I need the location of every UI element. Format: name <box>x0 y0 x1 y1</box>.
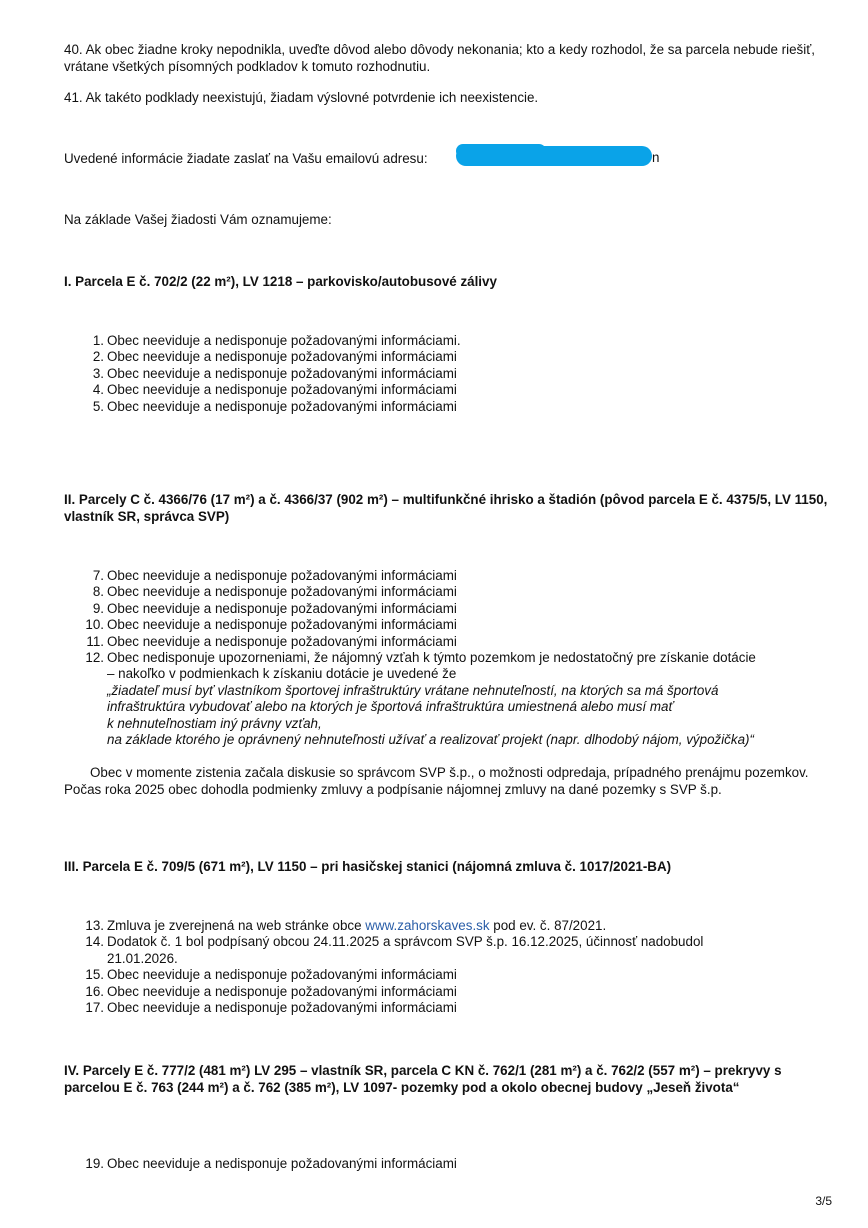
section-heading-4: IV. Parcely E č. 777/2 (481 m²) LV 295 –… <box>64 1062 820 1096</box>
list-item: 16.Obec neeviduje a nedisponuje požadova… <box>80 984 828 1000</box>
list-item: 3.Obec neeviduje a nedisponuje požadovan… <box>80 366 828 382</box>
section-heading-2: II. Parcely C č. 4366/76 (17 m²) a č. 43… <box>64 491 828 525</box>
list-item: 17.Obec neeviduje a nedisponuje požadova… <box>80 1000 828 1016</box>
list-item: 4.Obec neeviduje a nedisponuje požadovan… <box>80 382 828 398</box>
list-item: 13.Zmluva je zverejnená na web stránke o… <box>80 918 828 934</box>
page-number: 3/5 <box>815 1194 832 1208</box>
list-item: 14.Dodatok č. 1 bol podpísaný obcou 24.1… <box>80 934 828 967</box>
section-heading-3: III. Parcela E č. 709/5 (671 m²), LV 115… <box>64 858 828 875</box>
list-item-continuation: 21.01.2026. <box>107 951 828 967</box>
quote-line: k nehnuteľnostiam iný právny vzťah, <box>107 716 828 732</box>
section-2-list: 7.Obec neeviduje a nedisponuje požadovan… <box>80 568 828 748</box>
email-label: Uvedené informácie žiadate zaslať na Vaš… <box>64 151 428 166</box>
list-item: 11.Obec neeviduje a nedisponuje požadova… <box>80 634 828 650</box>
website-link[interactable]: www.zahorskaves.sk <box>365 918 489 933</box>
list-item: 5.Obec neeviduje a nedisponuje požadovan… <box>80 399 828 415</box>
email-line: Uvedené informácie žiadate zaslať na Vaš… <box>64 150 828 167</box>
section-2-note: Obec v momente zistenia začala diskusie … <box>64 764 818 798</box>
list-item-continuation: – nakoľko v podmienkach k získaniu dotác… <box>107 666 828 682</box>
list-item: 7.Obec neeviduje a nedisponuje požadovan… <box>80 568 828 584</box>
intro-text: Na základe Vašej žiadosti Vám oznamujeme… <box>64 211 828 228</box>
question-40: 40. Ak obec žiadne kroky nepodnikla, uve… <box>64 41 828 75</box>
quote-line: infraštruktúra vybudovať alebo na ktorýc… <box>107 699 828 715</box>
section-4-list: 19.Obec neeviduje a nedisponuje požadova… <box>80 1156 828 1172</box>
list-item: 2.Obec neeviduje a nedisponuje požadovan… <box>80 349 828 365</box>
question-41: 41. Ak takéto podklady neexistujú, žiada… <box>64 89 828 106</box>
quote-line: „žiadateľ musí byť vlastníkom športovej … <box>107 683 828 699</box>
redaction-mark <box>456 146 652 166</box>
quote-line: na základe ktorého je oprávnený nehnuteľ… <box>107 732 828 748</box>
section-heading-1: I. Parcela E č. 702/2 (22 m²), LV 1218 –… <box>64 273 828 290</box>
section-3-list: 13.Zmluva je zverejnená na web stránke o… <box>80 918 828 1016</box>
list-item: 8.Obec neeviduje a nedisponuje požadovan… <box>80 584 828 600</box>
section-1-list: 1.Obec neeviduje a nedisponuje požadovan… <box>80 333 828 415</box>
list-item: 12.Obec nedisponuje upozorneniami, že ná… <box>80 650 828 748</box>
list-item: 10.Obec neeviduje a nedisponuje požadova… <box>80 617 828 633</box>
email-tail: n <box>652 150 659 165</box>
list-item: 1.Obec neeviduje a nedisponuje požadovan… <box>80 333 828 349</box>
list-item: 15.Obec neeviduje a nedisponuje požadova… <box>80 967 828 983</box>
list-item: 19.Obec neeviduje a nedisponuje požadova… <box>80 1156 828 1172</box>
list-item: 9.Obec neeviduje a nedisponuje požadovan… <box>80 601 828 617</box>
